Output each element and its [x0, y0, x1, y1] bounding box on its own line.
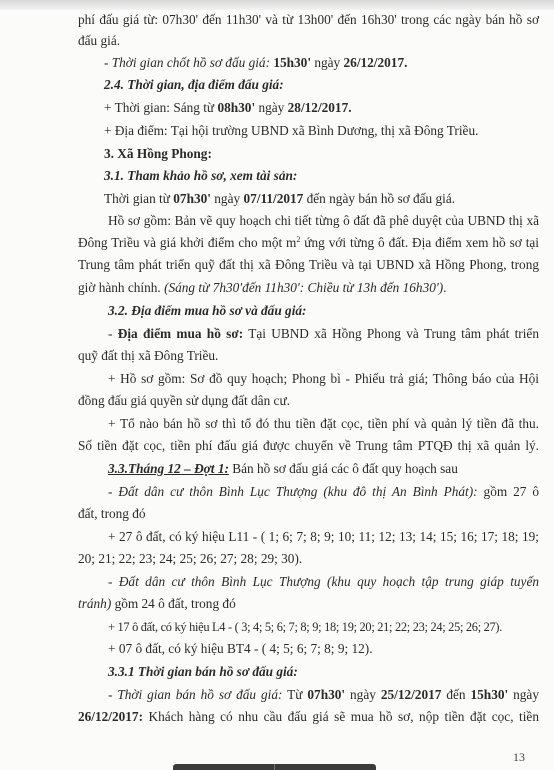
text: ngày	[311, 55, 344, 70]
section-heading-3-3-1: 3.3.1 Thời gian bán hồ sơ đấu giá:	[108, 664, 298, 680]
section-heading-3-1: 3.1. Tham khảo hồ sơ, xem tài sản:	[104, 168, 297, 184]
paragraph-line: phí đấu giá từ: 07h30' đến 11h30' và từ …	[78, 12, 539, 28]
document-page: phí đấu giá từ: 07h30' đến 11h30' và từ …	[0, 10, 554, 770]
text: Từ	[282, 687, 307, 702]
paragraph-line: + 27 ô đất, có ký hiệu L11 - ( 1; 6; 7; …	[108, 529, 539, 545]
heading: 3.3.Tháng 12 – Đợt 1:	[108, 461, 229, 476]
section-heading-3-2: 3.2. Địa điểm mua hồ sơ và đấu giá:	[108, 303, 306, 319]
time: 08h30'	[217, 100, 255, 115]
text: -	[108, 326, 118, 341]
text: đến ngày bán hồ sơ đấu giá.	[303, 191, 455, 206]
label: - Thời gian bán hồ sơ đấu giá:	[108, 687, 282, 702]
section-heading-2-4: 2.4. Thời gian, địa điểm đấu giá:	[104, 77, 284, 93]
paragraph-line: đấu giá.	[78, 33, 120, 49]
text: giờ hành chính.	[78, 280, 164, 295]
text: đến	[441, 687, 470, 702]
paragraph-line: Số tiền đặt cọc, tiền phí đấu giá được c…	[78, 438, 539, 454]
paragraph-line: 20; 21; 22; 23; 24; 25; 26; 27; 28; 29; …	[78, 551, 302, 567]
paragraph-line: tránh) gồm 24 ô đất, trong đó	[78, 596, 236, 612]
office-hours: (Sáng từ 7h30'đến 11h30': Chiều từ 13h đ…	[164, 280, 443, 295]
toolbar-left-button[interactable]	[173, 764, 274, 770]
text: ngày	[508, 687, 539, 702]
time: 07h30'	[307, 687, 345, 702]
paragraph-line: Trung tâm phát triển quỹ đất thị xã Đông…	[78, 257, 539, 273]
auction-time-line: + Thời gian: Sáng từ 08h30' ngày 28/12/2…	[104, 100, 352, 116]
date: 26/12/2017:	[78, 709, 143, 724]
land-area: - Đất dân cư thôn Bình Lục Thượng (khu đ…	[108, 484, 478, 499]
text: Thời gian từ	[104, 191, 173, 206]
paragraph-line: Hồ sơ gồm: Bản vẽ quy hoạch chi tiết từn…	[108, 213, 539, 229]
paragraph-line: - Đất dân cư thôn Bình Lục Thượng (khu q…	[108, 574, 539, 590]
text: .	[443, 280, 446, 295]
viewer-top-shadow	[0, 0, 554, 10]
text: ngày	[211, 191, 244, 206]
paragraph-line: Đông Triều và giá khởi điểm cho một m2 ứ…	[78, 235, 539, 251]
text: ứng với từng ô đất. Địa điểm xem hồ sơ t…	[300, 235, 539, 250]
date: 28/12/2017.	[288, 100, 352, 115]
section-heading-3: 3. Xã Hồng Phong:	[104, 146, 212, 162]
text: Tại UBND xã Hồng Phong và Trung tâm phát…	[243, 326, 539, 341]
text: Khách hàng có nhu cầu đấu giá sẽ mua hồ …	[143, 709, 539, 724]
text: + Thời gian: Sáng từ	[104, 100, 217, 115]
paragraph-line: + 07 ô đất, có ký hiệu BT4 - ( 4; 5; 6; …	[108, 641, 373, 657]
text: gồm 27 ô	[478, 484, 539, 499]
paragraph-line: + Tổ nào bán hồ sơ thì tổ đó thu tiền đặ…	[108, 416, 539, 432]
paragraph-line: đất, trong đó	[78, 506, 146, 522]
toolbar-right-button[interactable]	[275, 764, 376, 770]
text: gồm 24 ô đất, trong đó	[111, 596, 235, 611]
closing-time-line: - Thời gian chốt hồ sơ đấu giá: 15h30' n…	[104, 55, 407, 71]
text: Bán hồ sơ đấu giá các ô đất quy hoạch sa…	[229, 461, 458, 476]
text: Đông Triều và giá khởi điểm cho một m	[78, 235, 296, 250]
section-heading-3-3: 3.3.Tháng 12 – Đợt 1: Bán hồ sơ đấu giá …	[108, 461, 458, 477]
paragraph-line: Thời gian từ 07h30' ngày 07/11/2017 đến …	[104, 191, 455, 207]
paragraph-line: + Hồ sơ gồm: Sơ đồ quy hoạch; Phong bì -…	[108, 371, 539, 387]
paragraph-line: - Địa điểm mua hồ sơ: Tại UBND xã Hồng P…	[108, 326, 539, 342]
paragraph-line: đồng đấu giá quyền sử dụng đất dân cư.	[78, 393, 290, 409]
time: 15h30'	[273, 55, 311, 70]
paragraph-line: + 17 ô đất, có ký hiệu L4 - ( 3; 4; 5; 6…	[108, 619, 502, 635]
paragraph-line: quỹ đất thị xã Đông Triều.	[78, 348, 218, 364]
viewer-toolbar[interactable]	[173, 764, 376, 770]
page-number: 13	[513, 750, 525, 765]
label: - Thời gian chốt hồ sơ đấu giá:	[104, 55, 270, 70]
text: ngày	[255, 100, 288, 115]
paragraph-line: giờ hành chính. (Sáng từ 7h30'đến 11h30'…	[78, 280, 446, 296]
label: Địa điểm mua hồ sơ:	[118, 326, 243, 341]
text: tránh)	[78, 596, 111, 611]
text: ngày	[345, 687, 381, 702]
paragraph-line: 26/12/2017: Khách hàng có nhu cầu đấu gi…	[78, 709, 539, 725]
date: 26/12/2017.	[344, 55, 408, 70]
paragraph-line: - Thời gian bán hồ sơ đấu giá: Từ 07h30'…	[108, 687, 539, 703]
time: 15h30'	[471, 687, 509, 702]
date: 07/11/2017	[243, 191, 303, 206]
date: 25/12/2017	[381, 687, 442, 702]
auction-location-line: + Địa điểm: Tại hội trường UBND xã Bình …	[104, 123, 478, 139]
time: 07h30'	[173, 191, 211, 206]
paragraph-line: - Đất dân cư thôn Bình Lục Thượng (khu đ…	[108, 484, 539, 500]
